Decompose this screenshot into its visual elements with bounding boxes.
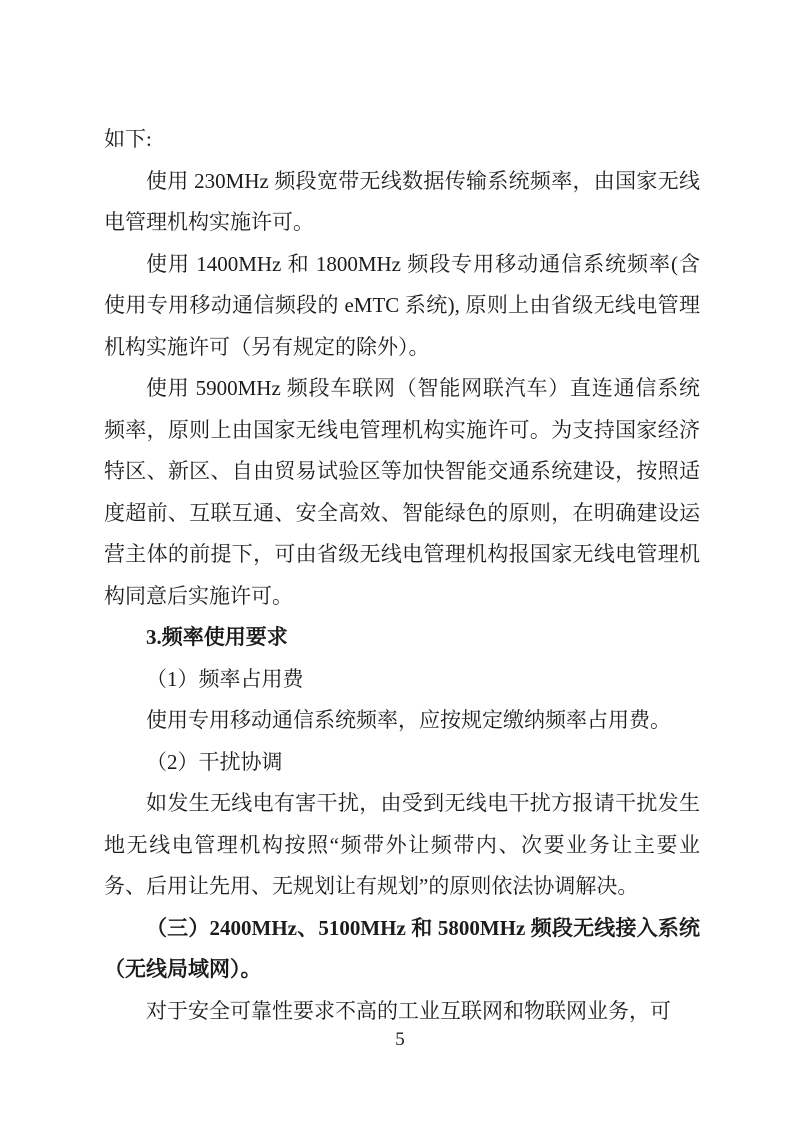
heading-wlan-bands: （三）2400MHz、5100MHz 和 5800MHz 频段无线接入系统（无线… xyxy=(104,908,700,991)
paragraph-interference-rule: 如发生无线电有害干扰，由受到无线电干扰方报请干扰发生地无线电管理机构按照“频带外… xyxy=(104,783,700,908)
paragraph-1400-1800mhz-licensing: 使用 1400MHz 和 1800MHz 频段专用移动通信系统频率(含使用专用移… xyxy=(104,244,700,369)
paragraph-5900mhz-licensing: 使用 5900MHz 频段车联网（智能网联汽车）直连通信系统频率，原则上由国家无… xyxy=(104,368,700,617)
paragraph-occupation-fee-rule: 使用专用移动通信系统频率，应按规定缴纳频率占用费。 xyxy=(104,700,700,742)
paragraph-continuation: 如下: xyxy=(104,119,700,161)
page-number: 5 xyxy=(0,1029,800,1051)
subheading-interference-coordination: （2）干扰协调 xyxy=(104,742,700,784)
subheading-frequency-occupation-fee: （1）频率占用费 xyxy=(104,659,700,701)
paragraph-industrial-iot: 对于安全可靠性要求不高的工业互联网和物联网业务，可 xyxy=(104,991,700,1033)
document-page: 如下: 使用 230MHz 频段宽带无线数据传输系统频率，由国家无线电管理机构实… xyxy=(0,0,800,1131)
document-body: 如下: 使用 230MHz 频段宽带无线数据传输系统频率，由国家无线电管理机构实… xyxy=(104,119,700,1032)
paragraph-230mhz-licensing: 使用 230MHz 频段宽带无线数据传输系统频率，由国家无线电管理机构实施许可。 xyxy=(104,161,700,244)
heading-frequency-use-requirements: 3.频率使用要求 xyxy=(104,617,700,659)
